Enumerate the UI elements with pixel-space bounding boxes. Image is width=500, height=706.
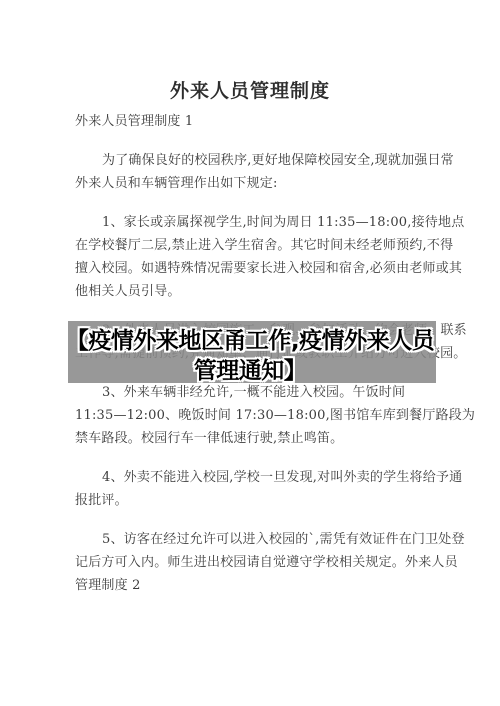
paragraph: 外来人员管理制度 1 <box>75 110 441 133</box>
paragraph: 4、外卖不能进入校园,学校一旦发现,对叫外卖的学生将给予通 报批评。 <box>75 466 441 512</box>
text-line: 外来人员管理制度 1 <box>75 110 441 133</box>
page-title: 外来人员管理制度 <box>0 76 500 103</box>
text-line: 报批评。 <box>75 489 441 512</box>
text-line: 擅入校园。如遇特殊情况需要家长进入校园和宿舍,必须由老师或其 <box>75 257 441 280</box>
text-line: 1、家长或亲属探视学生,时间为周日 11:35—18:00,接待地点 <box>75 211 441 234</box>
text-line: 11:35—12:00、晚饭时间 17:30—18:00,图书馆车库到餐厅路段为 <box>75 404 441 427</box>
watermark-line: 【疫情外来地区甬工作,疫情外来人员 <box>0 326 500 356</box>
paragraph: 5、访客在经过允许可以进入校园的`,需凭有效证件在门卫处登 记后方可入内。师生进… <box>75 528 441 597</box>
text-line: 外来人员和车辆管理作出如下规定: <box>75 172 441 195</box>
text-line: 5、访客在经过允许可以进入校园的`,需凭有效证件在门卫处登 <box>75 528 441 551</box>
text-line: 在学校餐厅二层,禁止进入学生宿舍。其它时间未经老师预约,不得 <box>75 234 441 257</box>
document-page: 外来人员管理制度 外来人员管理制度 1 为了确保良好的校园秩序,更好地保障校园安… <box>0 0 500 706</box>
text-line: 管理制度 2 <box>75 574 441 597</box>
text-line: 禁车路段。校园行车一律低速行驶,禁止鸣笛。 <box>75 427 441 450</box>
text-line: 4、外卖不能进入校园,学校一旦发现,对叫外卖的学生将给予通 <box>75 466 441 489</box>
paragraph: 为了确保良好的校园秩序,更好地保障校园安全,现就加强日常 外来人员和车辆管理作出… <box>75 149 441 195</box>
text-line: 记后方可入内。师生进出校园请自觉遵守学校相关规定。外来人员 <box>75 551 441 574</box>
watermark-text: 【疫情外来地区甬工作,疫情外来人员 管理通知】 <box>0 326 500 386</box>
text-line: 他相关人员引导。 <box>75 280 441 303</box>
paragraph: 3、外来车辆非经允许,一概不能进入校园。午饭时间 11:35—12:00、晚饭时… <box>75 381 441 450</box>
paragraph: 1、家长或亲属探视学生,时间为周日 11:35—18:00,接待地点 在学校餐厅… <box>75 211 441 303</box>
text-line: 为了确保良好的校园秩序,更好地保障校园安全,现就加强日常 <box>75 149 441 172</box>
watermark-line: 管理通知】 <box>0 356 500 386</box>
